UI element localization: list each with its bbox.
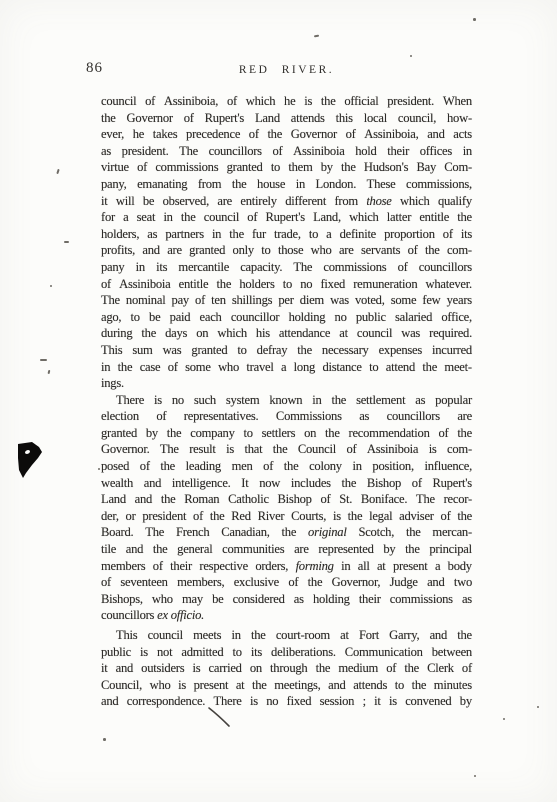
text-line: wealthandintelligence.ItnowincludestheBi…	[101, 475, 472, 492]
ink-speck	[98, 468, 100, 470]
ink-speck	[537, 706, 539, 708]
text-line: Thenominalpayoftenshillingsperdiemwasvot…	[101, 292, 472, 309]
ink-speck	[474, 775, 476, 777]
ink-speck	[503, 718, 505, 720]
ink-speck	[48, 370, 51, 374]
book-page: 86 RED RIVER. councilofAssiniboia,ofwhic…	[0, 0, 557, 802]
text-line: ever,hetakesprecedenceoftheGovernorofAss…	[101, 126, 472, 143]
text-line: tileandthegeneralcommunitiesarerepresent…	[101, 541, 472, 558]
text-line: posedoftheleadingmenofthecolonyinpositio…	[101, 458, 472, 475]
text-line: ofseventeenmembers,exclusiveoftheGoverno…	[101, 574, 472, 591]
text-line: ings.	[101, 375, 472, 392]
text-line: membersoftheirrespectiveorders,formingin…	[101, 558, 472, 575]
ink-speck	[410, 55, 412, 57]
text-line: virtueofcommissionsgrantedtothembytheHud…	[101, 159, 472, 176]
ink-speck	[473, 18, 476, 21]
running-title: RED RIVER.	[101, 64, 472, 76]
text-block: councilofAssiniboia,ofwhichheistheoffici…	[101, 93, 472, 710]
text-line: ago,tobepaideachcouncillorholdingnopubli…	[101, 309, 472, 326]
ink-speck	[40, 359, 47, 361]
text-line: der,orpresidentoftheRedRiverCourts,isthe…	[101, 508, 472, 525]
text-line: andcorrespondence.Thereisnofixedsession;…	[101, 693, 472, 710]
text-line: ofAssiniboiaentitletheholderstonofixedre…	[101, 276, 472, 293]
text-line: electionofrepresentatives.Commissionsasc…	[101, 408, 472, 425]
text-line: itwillbeobserved,areentirelydifferentfro…	[101, 193, 472, 210]
text-line: councillors ex officio.	[101, 607, 472, 624]
text-line: itandoutsidersiscarriedonthroughthemediu…	[101, 660, 472, 677]
text-line: Thissumwasgrantedtodefraythenecessaryexp…	[101, 342, 472, 359]
text-line: grantedbythecompanytosettlersontherecomm…	[101, 425, 472, 442]
paragraph: Thiscouncilmeetsinthecourt-roomatFortGar…	[101, 627, 472, 710]
text-line: holders,aspartnersinthefurtrade,toadefin…	[101, 226, 472, 243]
text-line: publicisnotadmittedtoitsdeliberations.Co…	[101, 644, 472, 661]
text-line: Council,whoispresentatthemeetings,andatt…	[101, 677, 472, 694]
text-line: foraseatinthecouncilofRupert'sLand,which…	[101, 209, 472, 226]
ink-blot-icon	[16, 440, 46, 482]
text-line: Thereisnosuchsystemknowninthesettlementa…	[101, 392, 472, 409]
text-line: Thiscouncilmeetsinthecourt-roomatFortGar…	[101, 627, 472, 644]
text-line: profits,andaregrantedonlytothosewhoarese…	[101, 242, 472, 259]
text-line: Bishops,whomaybeconsideredasholdingtheir…	[101, 591, 472, 608]
text-line: panyinitsmercantilecapacity.Thecommissio…	[101, 259, 472, 276]
ink-speck	[56, 169, 59, 174]
text-line: LandandtheRomanCatholicBishopofSt.Bonifa…	[101, 491, 472, 508]
text-line: theGovernorofRupert'sLandattendsthisloca…	[101, 110, 472, 127]
paragraph: Thereisnosuchsystemknowninthesettlementa…	[101, 392, 472, 624]
pen-stroke-icon	[206, 706, 232, 728]
text-line: councilofAssiniboia,ofwhichheistheoffici…	[101, 93, 472, 110]
text-line: aspresident.ThecouncillorsofAssiniboiaho…	[101, 143, 472, 160]
text-line: duringthedaysonwhichhisattendanceatcounc…	[101, 325, 472, 342]
ink-speck	[64, 241, 69, 243]
text-line: Board.TheFrenchCanadian,theoriginalScotc…	[101, 524, 472, 541]
ink-speck	[103, 738, 106, 741]
text-line: pany,emanatingfromthehouseinLondon.These…	[101, 176, 472, 193]
text-line: Governor.TheresultisthattheCouncilofAssi…	[101, 441, 472, 458]
text-line: inthecaseofsomewhotravelalongdistancetoa…	[101, 359, 472, 376]
ink-speck	[314, 35, 319, 37]
ink-speck	[50, 285, 52, 287]
paragraph: councilofAssiniboia,ofwhichheistheoffici…	[101, 93, 472, 392]
